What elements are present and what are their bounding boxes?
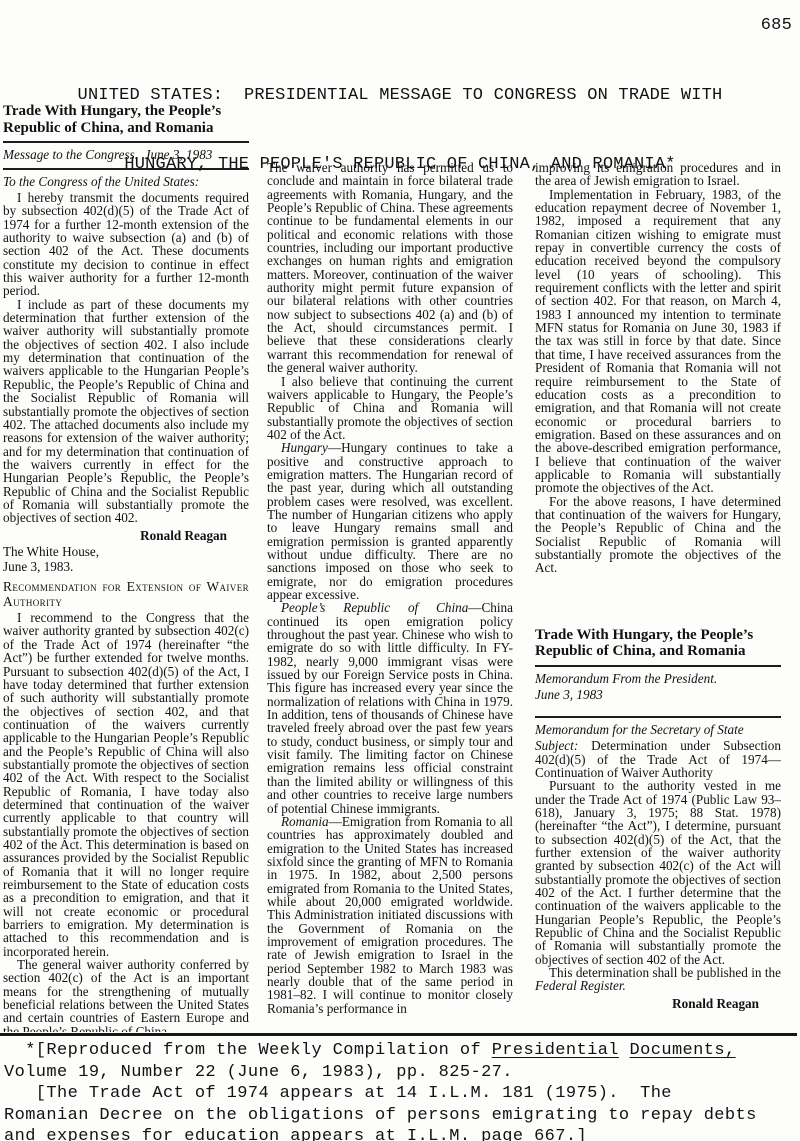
paragraph: Subject: Determination under Subsection … [535,739,781,779]
paragraph: Pursuant to the authority vested in me u… [535,779,781,966]
address-line: June 3, 1983. [3,560,249,574]
paragraph: The waiver authority has permitted us to… [267,161,513,375]
address-line: The White House, [3,545,249,559]
paragraph: I include as part of these documents my … [3,298,249,525]
doc-subtitle-line: June 3, 1983 [535,688,781,703]
paragraph: I recommend to the Congress that the wai… [3,611,249,958]
smallcaps-heading: Recommendation for Extension of Waiver A… [3,580,249,609]
text-run: *[Reproduced from the Weekly Compilation… [4,1041,492,1060]
italic-text: Federal Register. [535,978,626,993]
paragraph: Implementation in February, 1983, of the… [535,188,781,495]
signature: Ronald Reagan [535,997,781,1010]
paragraph: This determination shall be published in… [535,966,781,993]
underlined-text: Documents, [630,1041,736,1060]
paragraph: Romania—Emigration from Romania to all c… [267,815,513,1015]
footnote-rule [0,1033,797,1036]
column-right: improving its emigration procedures and … [535,161,781,1032]
doc-subtitle-line: To the Congress of the United States: [3,175,249,190]
spacer [535,575,781,627]
section-heading: Trade With Hungary, the People’s Republi… [3,103,249,136]
footnote: *[Reproduced from the Weekly Compilation… [4,1040,798,1141]
doc-subtitle-line: Memorandum for the Secretary of State [535,723,781,738]
spacer [535,705,781,711]
page-number: 685 [761,16,792,35]
text-run: and expenses for education appears at I.… [4,1127,587,1141]
text-run: [The Trade Act of 1974 appears at 14 I.L… [4,1084,672,1103]
document-page: { "page": { "number": "685", "title_line… [0,0,800,1141]
paragraph: improving its emigration procedures and … [535,161,781,188]
paragraph: For the above reasons, I have determined… [535,495,781,575]
text-run: —Emigration from Romania to all countrie… [267,814,513,1016]
divider-rule [3,141,249,143]
doc-subtitle-line: Message to the Congress. June 3, 1983 [3,148,249,163]
footnote-line: and expenses for education appears at I.… [4,1126,798,1141]
paragraph: The general waiver authority conferred b… [3,958,249,1032]
paragraph: People’s Republic of China—China continu… [267,601,513,815]
footnote-line: [The Trade Act of 1974 appears at 14 I.L… [4,1083,798,1105]
doc-subtitle-line: Memorandum From the President. [535,672,781,687]
divider-rule [535,665,781,667]
paragraph: I also believe that continuing the curre… [267,375,513,442]
divider-rule [535,716,781,718]
footnote-line: *[Reproduced from the Weekly Compilation… [4,1040,798,1062]
underlined-text: Presidential [492,1041,619,1060]
footnote-line: Volume 19, Number 22 (June 6, 1983), pp.… [4,1062,798,1084]
text-run: Volume 19, Number 22 (June 6, 1983), pp.… [4,1063,513,1082]
signature: Ronald Reagan [3,529,249,542]
column-middle: The waiver authority has permitted us to… [267,161,513,1032]
text-run: —Hungary continues to take a positive an… [267,440,513,602]
column-left: Trade With Hungary, the People’s Republi… [3,103,249,1032]
footnote-line: Romanian Decree on the obligations of pe… [4,1105,798,1127]
paragraph: I hereby transmit the documents required… [3,191,249,298]
text-run: Romanian Decree on the obligations of pe… [4,1106,757,1125]
text-run [619,1041,630,1060]
divider-rule [3,168,249,170]
section-heading: Trade With Hungary, the People’s Republi… [535,627,781,660]
text-run: —China continued its open emigration pol… [267,600,513,815]
paragraph: Hungary—Hungary continues to take a posi… [267,441,513,601]
